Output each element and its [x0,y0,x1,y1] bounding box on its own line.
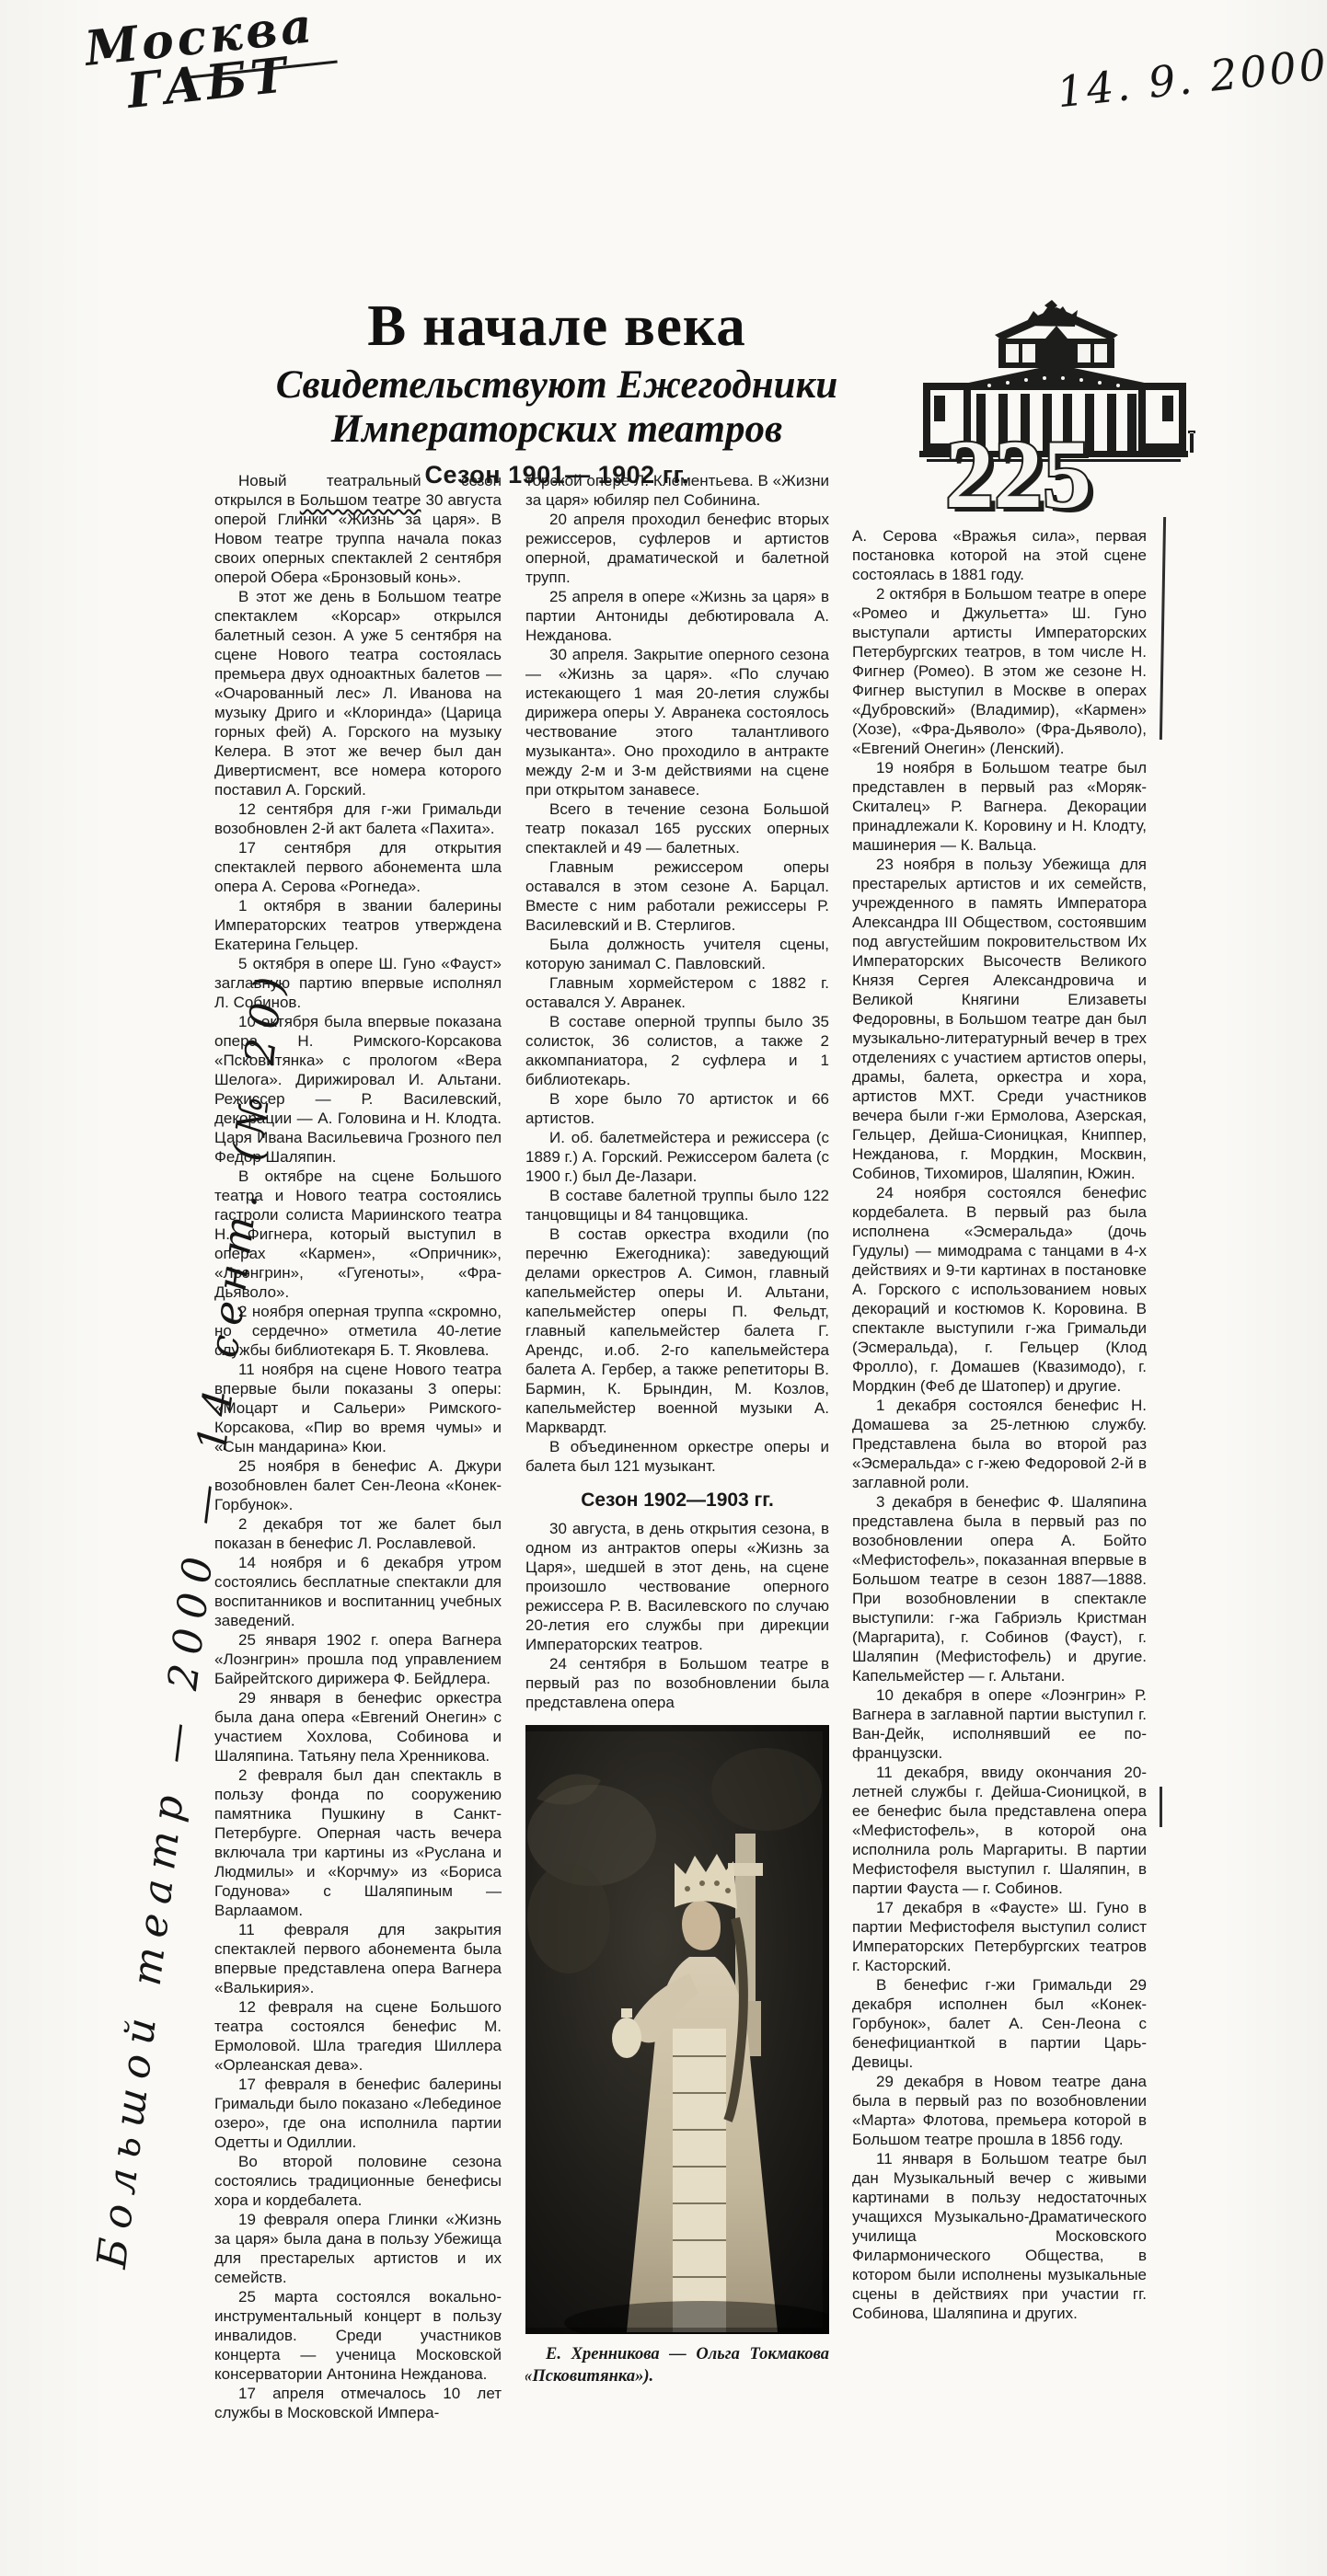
paragraph: 30 августа, в день открытия сезона, в од… [525,1519,829,1654]
bolshoi-theatre-225-icon: 225 225 [906,294,1201,517]
handwritten-date-note: 14. 9. 2000 [1055,40,1327,118]
paragraph: 29 января в бенефис оркестра была дана о… [214,1688,502,1765]
paragraph: 25 марта состоялся вокально-инструментал… [214,2287,502,2384]
paragraph: 14 ноября и 6 декабря утром состоялись б… [214,1553,502,1630]
paragraph: Во второй половине сезона состоялись тра… [214,2152,502,2210]
paragraph: Новый театральный сезон открылся в Больш… [214,471,502,587]
pen-mark [1160,1787,1162,1827]
paragraph: В бенефис г-жи Гримальди 29 декабря испо… [852,1975,1147,2072]
paragraph: В этот же день в Большом театре спектакл… [214,587,502,799]
season-1902-1903-heading: Сезон 1902—1903 гг. [525,1490,829,1510]
column-3-paragraphs: 2 октября в Большом театре в опере «Роме… [852,584,1147,2323]
paragraph: 2 декабря тот же балет был показан в бен… [214,1514,502,1553]
svg-text:225: 225 [945,420,1091,517]
paragraph: 2 февраля был дан спектакль в пользу фон… [214,1765,502,1920]
paragraph: 2 октября в Большом театре в опере «Роме… [852,584,1147,758]
paragraph: 17 сентября для открытия спектаклей перв… [214,838,502,896]
photo-caption: Е. Хренникова — Ольга Токмакова («Пскови… [525,2343,829,2387]
paragraph: 17 февраля в бенефис балерины Гримальди … [214,2075,502,2152]
text-column-1: Новый театральный сезон открылся в Больш… [214,471,502,2569]
paragraph: 10 октября была впервые показана опера Н… [214,1012,502,1167]
paragraph: 12 февраля на сцене Большого театра сост… [214,1997,502,2075]
paragraph: В хоре было 70 артисток и 66 артистов. [525,1089,829,1128]
paragraph: 29 декабря в Новом театре дана была в пе… [852,2072,1147,2149]
paragraph: 11 февраля для закрытия спектаклей перво… [214,1920,502,1997]
paragraph: 20 апреля проходил бенефис вторых режисс… [525,510,829,587]
paragraph: Была должность учителя сцены, которую за… [525,935,829,973]
paragraph: 17 апреля отмечалось 10 лет службы в Мос… [214,2384,502,2422]
paragraph: 11 января в Большом театре был дан Музык… [852,2149,1147,2323]
column-2-paragraphs: 30 августа, в день открытия сезона, в од… [525,1519,829,1712]
paragraph: 2 ноября оперная труппа «скромно, но сер… [214,1302,502,1360]
paragraph: 1 октября в звании балерины Императорски… [214,896,502,954]
paragraph: 3 декабря в бенефис Ф. Шаляпина представ… [852,1492,1147,1685]
paragraph: В состав оркестра входили (по перечню Еж… [525,1225,829,1437]
paragraph: 25 апреля в опере «Жизнь за царя» в парт… [525,587,829,645]
column-1-paragraphs: В этот же день в Большом театре спектакл… [214,587,502,2422]
paragraph: 19 ноября в Большом театре был представл… [852,758,1147,855]
photo-figure: Е. Хренникова — Ольга Токмакова («Пскови… [525,1725,829,2387]
paragraph: 5 октября в опере Ш. Гуно «Фауст» заглав… [214,954,502,1012]
paragraph: Всего в течение сезона Большой театр пок… [525,799,829,857]
article-subtitle-line2: Императорских театров [189,408,925,452]
paragraph: Главным режиссером оперы оставался в это… [525,857,829,935]
paragraph: 11 ноября на сцене Нового театра впервые… [214,1360,502,1456]
underlined-phrase: Большом театре [300,491,421,509]
paragraph: 17 декабря в «Фаусте» Ш. Гуно в партии М… [852,1898,1147,1975]
paragraph: 30 апреля. Закрытие оперного сезона — «Ж… [525,645,829,799]
continuation-paragraph: торской опере Л. Клементьева. В «Жизни з… [525,471,829,510]
paragraph: 24 ноября состоялся бенефис кордебалета.… [852,1183,1147,1396]
text-column-3: А. Серова «Вражья сила», первая постанов… [852,526,1147,2570]
paragraph: 24 сентября в Большом театре в первый ра… [525,1654,829,1712]
paragraph: 25 ноября в бенефис А. Джури возобновлен… [214,1456,502,1514]
pen-mark [1160,517,1166,740]
continuation-paragraph: А. Серова «Вражья сила», первая постанов… [852,526,1147,584]
paragraph: В объединенном оркестре оперы и балета б… [525,1437,829,1476]
paragraph: 12 сентября для г-жи Гримальди возобновл… [214,799,502,838]
paragraph: 11 декабря, ввиду окончания 20-летней сл… [852,1763,1147,1898]
paragraph: 10 декабря в опере «Лоэнгрин» Р. Вагнера… [852,1685,1147,1763]
paragraph: 25 января 1902 г. опера Вагнера «Лоэнгри… [214,1630,502,1688]
article-header: В начале века Свидетельствуют Ежегодники… [189,293,925,489]
paragraph: 1 декабря состоялся бенефис Н. Домашева … [852,1396,1147,1492]
paragraph: 19 февраля опера Глинки «Жизнь за царя» … [214,2210,502,2287]
article-subtitle-line1: Свидетельствуют Ежегодники [189,363,925,408]
text-column-2: торской опере Л. Клементьева. В «Жизни з… [525,471,829,2570]
khrennikova-portrait-photo [525,1725,829,2334]
paragraph: В составе оперной труппы было 35 солисто… [525,1012,829,1089]
newspaper-clipping-page: Москва ГАБТ 14. 9. 2000 Большой театр — … [0,0,1327,2576]
paragraph: 23 ноября в пользу Убежища для престарел… [852,855,1147,1183]
column-2-paragraphs: 20 апреля проходил бенефис вторых режисс… [525,510,829,1476]
paragraph: В составе балетной труппы было 122 танцо… [525,1186,829,1225]
paragraph: И. об. балетмейстера и режиссера (с 1889… [525,1128,829,1186]
paragraph: Главным хормейстером с 1882 г. оставался… [525,973,829,1012]
paragraph: В октябре на сцене Большого театра и Нов… [214,1167,502,1302]
article-title: В начале века [189,293,925,360]
